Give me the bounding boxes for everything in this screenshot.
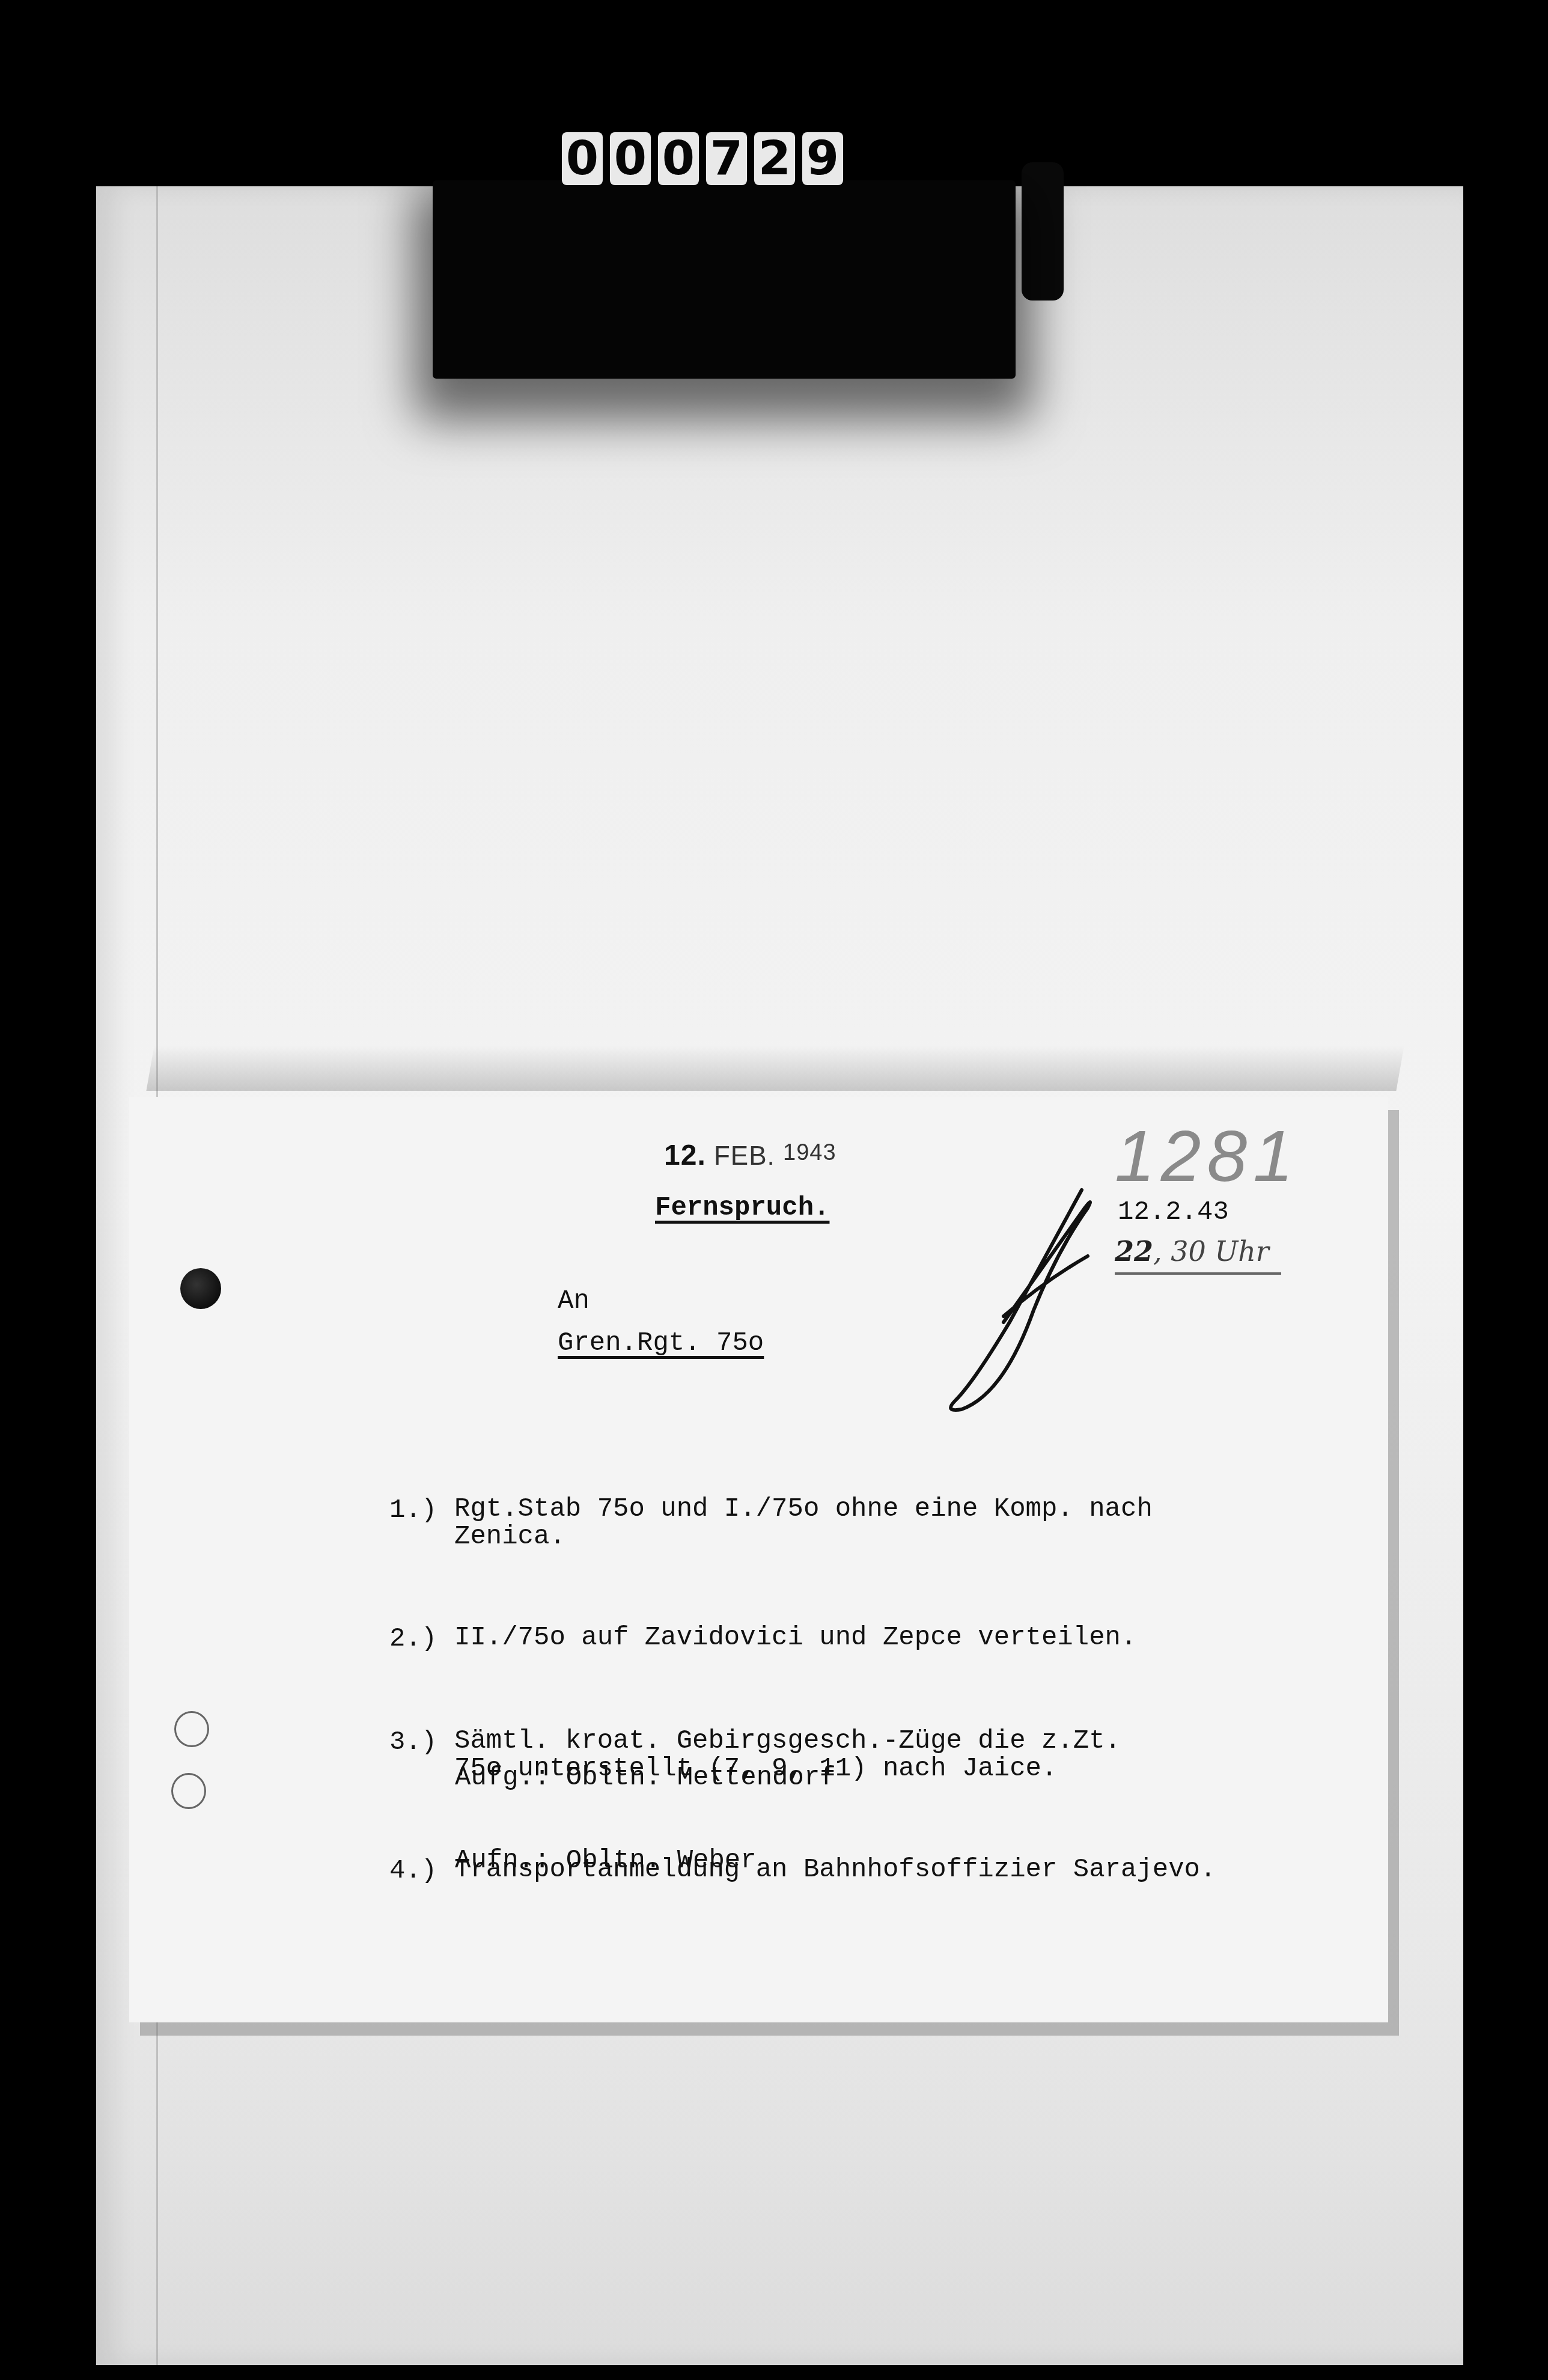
addressee: Gren.Rgt. 75o — [558, 1328, 764, 1358]
counter-digit: 7 — [706, 132, 747, 185]
punch-hole-ring — [171, 1773, 206, 1809]
sender-line: Aufg.: Obltn. Mettendorf — [455, 1764, 836, 1792]
registry-number: 1281 — [1115, 1115, 1299, 1198]
receiver-line: Aufn.: Obltn. Weber — [455, 1847, 836, 1875]
page-shadow — [146, 1046, 1404, 1091]
counter-knob — [1022, 162, 1064, 301]
document-title: Fernspruch. — [655, 1193, 829, 1223]
punch-hole — [180, 1268, 221, 1309]
address-label: An — [558, 1286, 590, 1316]
order-item: 1.) Rgt.Stab 75o und I./75o ohne eine Ko… — [389, 1495, 1216, 1551]
counter-digit: 9 — [802, 132, 843, 185]
punch-hole-ring — [174, 1711, 209, 1747]
received-date-stamp: 12. FEB. 1943 — [664, 1139, 836, 1172]
frame-counter: 0 0 0 7 2 9 — [562, 132, 843, 189]
sender-receiver-block: Aufg.: Obltn. Mettendorf Aufn.: Obltn. W… — [455, 1709, 836, 1902]
signature-icon — [937, 1184, 1142, 1412]
counter-digit: 0 — [562, 132, 603, 185]
order-item: 2.) II./75o auf Zavidovici und Zepce ver… — [389, 1624, 1216, 1654]
counter-digit: 2 — [754, 132, 795, 185]
frame-counter-device — [433, 180, 1016, 379]
counter-digit: 0 — [610, 132, 651, 185]
counter-digit: 0 — [658, 132, 699, 185]
